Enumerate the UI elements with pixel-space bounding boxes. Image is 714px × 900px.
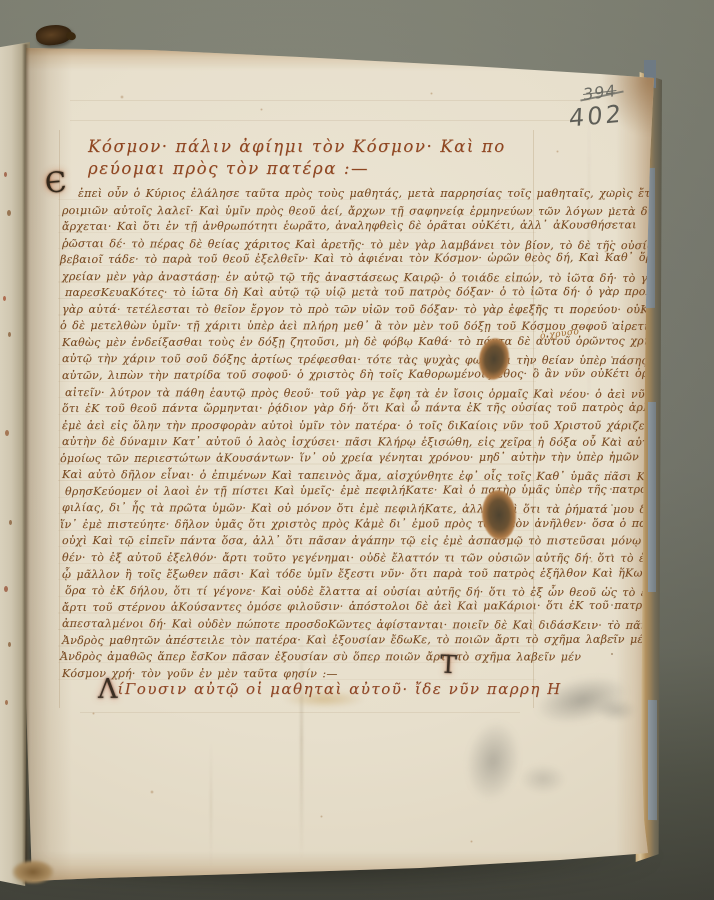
faint-ruling-line (70, 100, 590, 101)
foxing-spot (590, 560, 593, 563)
ruling-guide-left (59, 130, 60, 708)
body-text-block: ἐπεὶ οὖν ὁ Κύριος ἐλάλησε ταῦτα πρὸς τοὺ… (62, 186, 536, 682)
rubric-header-line-1: Κόσμον· πάλιν ἀφίημι τὸν Κόσμον· Καὶ πο (88, 136, 506, 158)
corner-damage (12, 860, 54, 884)
foxing-spot (430, 92, 433, 95)
manuscript-line: οὐχὶ Καὶ τῷ εἰπεῖν πάντα ὅσα, ἀλλ᾽ ὅτι π… (62, 533, 536, 550)
bleed-through-ink-speck (4, 172, 7, 177)
pricking-hole (611, 653, 613, 655)
foxing-spot (120, 95, 124, 99)
manuscript-line: ἐμὲ ἀεὶ εἰς ὅλην τὴν προσφορὰν αὐτοὶ ὑμῖ… (62, 418, 536, 435)
faint-ruling-line (70, 120, 570, 121)
manuscript-line: ὅτι ἐΚ τοῦ θεοῦ πάντα ὥρμηνται· ῥᾴδιον γ… (62, 400, 536, 417)
manuscript-line: ἄρχεται· Καὶ ὅτι ἐν τῇ ἀνθρωπότητι ἑωρᾶτ… (62, 218, 536, 236)
manuscript-line: αὐτῶν, λιπὼν τὴν πατρίδα τοῦ σοφοῦ· ὁ χρ… (62, 366, 536, 384)
manuscript-line: θέν· τὸ ἐξ αὐτοῦ ἐξελθόν· ἄρτι τοῦτο γεγ… (62, 550, 536, 567)
manuscript-line: Ἀνδρὸς ἀμαθῶς ἅπερ ἔσΚον πᾶσαν ἐξουσίαν … (60, 649, 536, 666)
bleed-through-ink-speck (8, 642, 11, 647)
gutter-crease (22, 44, 30, 884)
parchment-crease (210, 740, 212, 870)
decorated-initial-lambda: Λ (98, 674, 118, 705)
manuscript-line: ἄρτι τοῦ στέρνου ἀΚούσαντες ὁμόσε φιλοῦσ… (62, 598, 536, 616)
rubric-header-line-2: ρεύομαι πρὸς τὸν πατέρα :— (88, 158, 506, 180)
fore-edge-blue-sliver (648, 402, 656, 592)
foxing-spot (470, 840, 473, 843)
manuscript-line: γὰρ αὐτά· τετέλεσται τὸ θεῖον ἔργον τὸ π… (62, 302, 536, 319)
manuscript-page: 394 402 Κόσμον· πάλιν ἀφίημι τὸν Κόσμον·… (0, 0, 714, 900)
manuscript-line: θρησΚεύομεν οἱ λαοὶ ἐν τῇ πίστει Καὶ ὑμε… (65, 482, 536, 500)
manuscript-line: ἵν᾽ ἐμὲ πιστεύητε· δῆλον ὑμᾶς ὅτι χριστὸ… (60, 516, 536, 534)
foxing-spot (86, 340, 89, 343)
foxing-spot (92, 712, 95, 715)
bleed-through-ink-speck (4, 586, 8, 592)
foxing-spot (260, 108, 263, 111)
manuscript-line: Ἀνδρὸς μαθητῶν ἀπέστειλε τὸν πατέρα· Καὶ… (62, 632, 536, 650)
grey-smudge-stain (520, 764, 566, 794)
decorated-initial-epsilon: Є (44, 165, 68, 200)
fore-edge-blue-sliver (648, 700, 657, 820)
rubric-footer-text: ίΓουσιν αὐτῷ οἱ μαθηταὶ αὐτοῦ· ἴδε νῦν π… (118, 680, 562, 698)
manuscript-line: βεβαιοῖ τάδε· τὸ παρὰ τοῦ θεοῦ ἐξελθεῖν·… (60, 250, 536, 268)
bleed-through-ink-speck (3, 296, 6, 301)
grey-smudge-stain (460, 716, 526, 805)
folio-number: 402 (568, 99, 624, 132)
bleed-through-ink-speck (9, 520, 12, 525)
bleed-through-ink-speck (7, 210, 11, 216)
foxing-spot (604, 250, 607, 253)
grey-smudge-stain (596, 698, 636, 722)
bleed-through-ink-speck (5, 700, 8, 705)
bleed-through-ink-speck (8, 332, 11, 337)
rubric-header: Κόσμον· πάλιν ἀφίημι τὸν Κόσμον· Καὶ πο … (88, 136, 506, 179)
bleed-through-ink-speck (5, 430, 9, 436)
foxing-spot (556, 150, 559, 153)
faint-ruling-line (80, 712, 520, 713)
parchment-crease (588, 110, 590, 430)
manuscript-line: Καθὼς μὲν ἐνδείξασθαι τοὺς ἐν δόξῃ ζητοῦ… (62, 334, 536, 352)
manuscript-line: ᾧ μᾶλλον ἢ τοῖς ἔξωθεν πᾶσι· Καὶ τόδε ὑμ… (62, 565, 536, 583)
foxing-spot (150, 790, 154, 794)
foxing-spot (320, 815, 323, 818)
manuscript-line: ἐπεὶ οὖν ὁ Κύριος ἐλάλησε ταῦτα πρὸς τοὺ… (78, 186, 536, 203)
manuscript-line: ὁμοίως τῶν περιεστώτων ἀΚουσάντων· ἵν᾽ ο… (60, 449, 536, 467)
rubric-footer: ΛίΓουσιν αὐτῷ οἱ μαθηταὶ αὐτοῦ· ἴδε νῦν … (98, 674, 562, 705)
manuscript-line: αὐτὴν δὲ δύναμιν Κατ᾽ αὐτοῦ ὁ λαὸς ἰσχύσ… (62, 434, 536, 451)
foxing-spot (560, 430, 564, 434)
manuscript-line: παρεσΚευαΚότες· τὸ ἰῶτα δὴ Καὶ αὐτῷ τῷ υ… (65, 284, 536, 301)
